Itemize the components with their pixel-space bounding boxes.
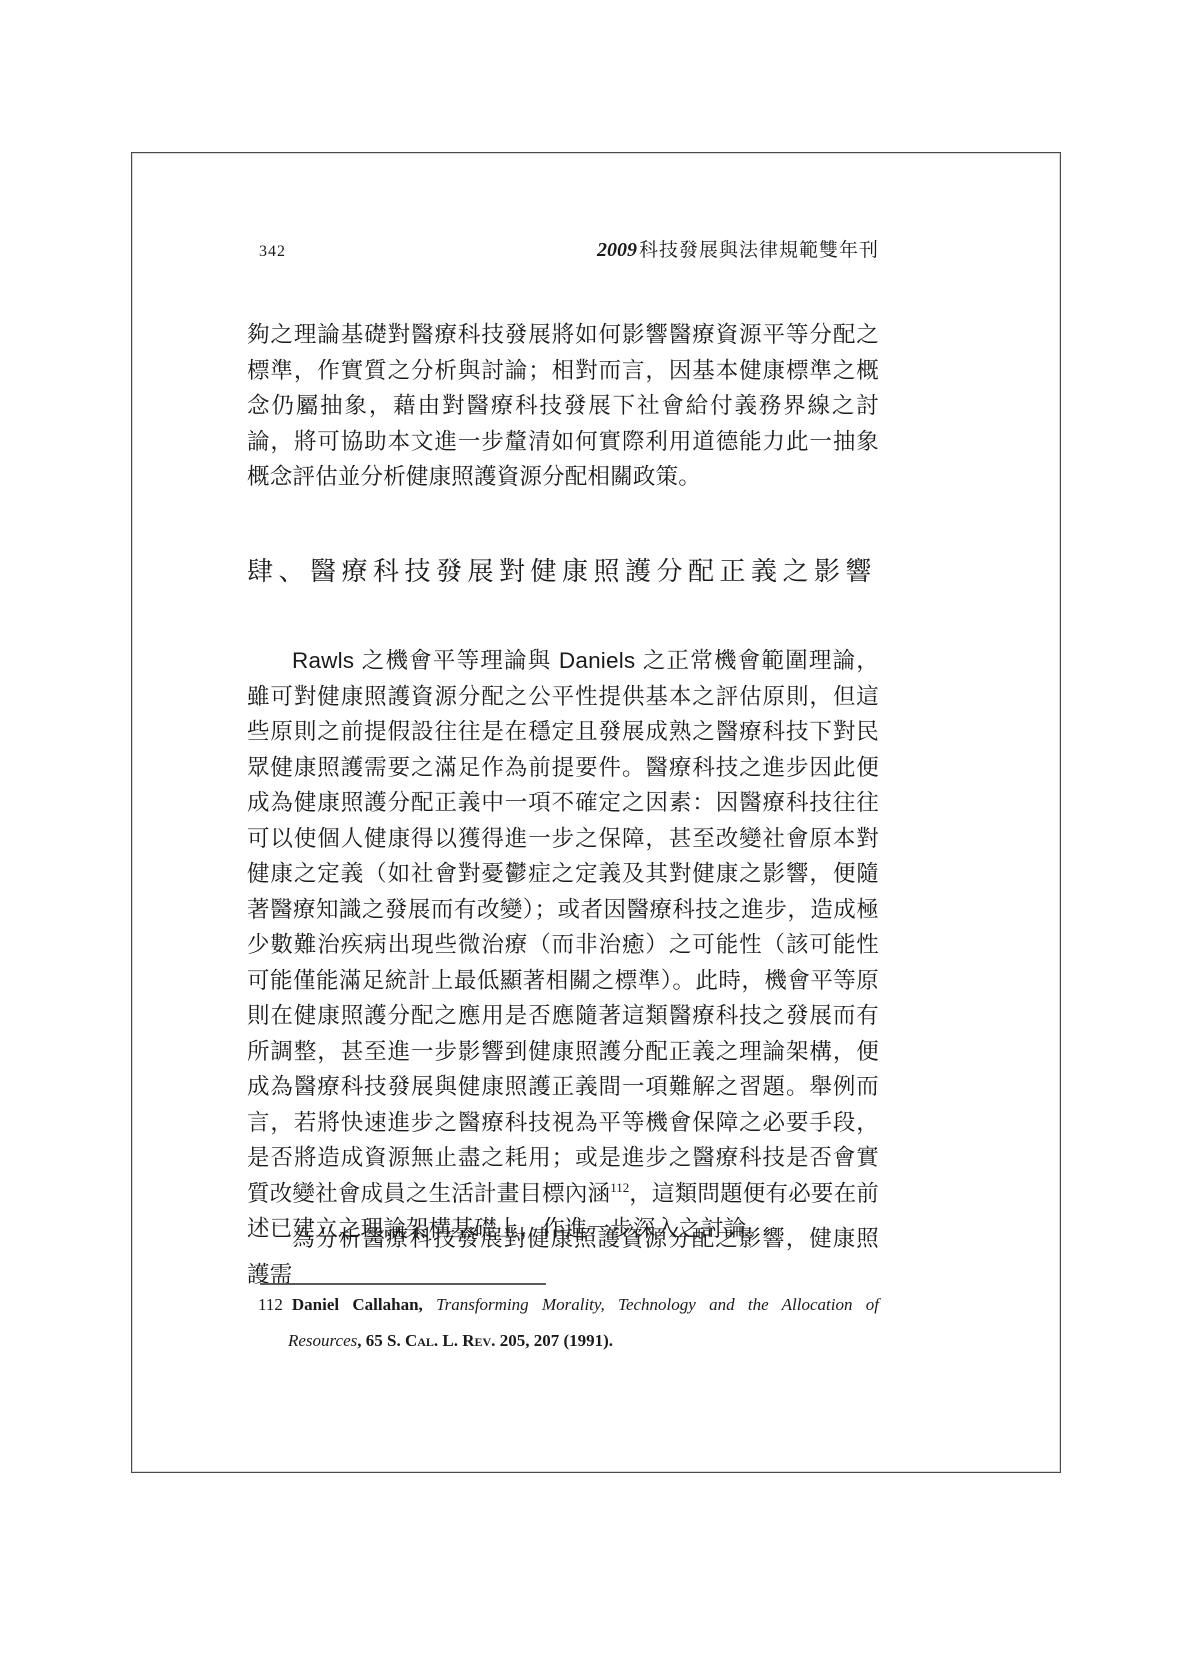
paragraph-continuation: 夠之理論基礎對醫療科技發展將如何影響醫療資源平等分配之標準，作實質之分析與討論；…	[247, 317, 879, 495]
footnote-author: Daniel Callahan,	[292, 1295, 436, 1314]
footnote-reference-112: 112	[610, 1180, 629, 1195]
paragraph-main-text-before-ref: Rawls 之機會平等理論與 Daniels 之正常機會範圍理論，雖可對健康照護…	[247, 648, 879, 1206]
footnote-reporter: S. Cal. L. Rev.	[387, 1331, 495, 1350]
footnote-cite-post: 205, 207 (1991).	[495, 1331, 613, 1350]
scanned-page: 342 2009科技發展與法律規範雙年刊 夠之理論基礎對醫療科技發展將如何影響醫…	[131, 152, 1061, 1473]
page-header: 342 2009科技發展與法律規範雙年刊	[247, 235, 879, 262]
journal-title: 2009科技發展與法律規範雙年刊	[597, 235, 879, 262]
journal-year: 2009	[597, 239, 637, 261]
footnote-112: 112Daniel Callahan, Transforming Moralit…	[258, 1287, 879, 1359]
footnote-cite-pre: , 65	[357, 1331, 387, 1350]
paragraph-main: Rawls 之機會平等理論與 Daniels 之正常機會範圍理論，雖可對健康照護…	[247, 643, 879, 1247]
page-number: 342	[247, 243, 286, 261]
journal-title-text: 科技發展與法律規範雙年刊	[639, 240, 879, 261]
section-heading: 肆、醫療科技發展對健康照護分配正義之影響	[247, 551, 879, 588]
footnote-number: 112	[258, 1295, 283, 1314]
paragraph-next: 為分析醫療科技發展對健康照護資源分配之影響，健康照護需	[247, 1221, 879, 1292]
footnote-separator-rule	[260, 1283, 546, 1285]
